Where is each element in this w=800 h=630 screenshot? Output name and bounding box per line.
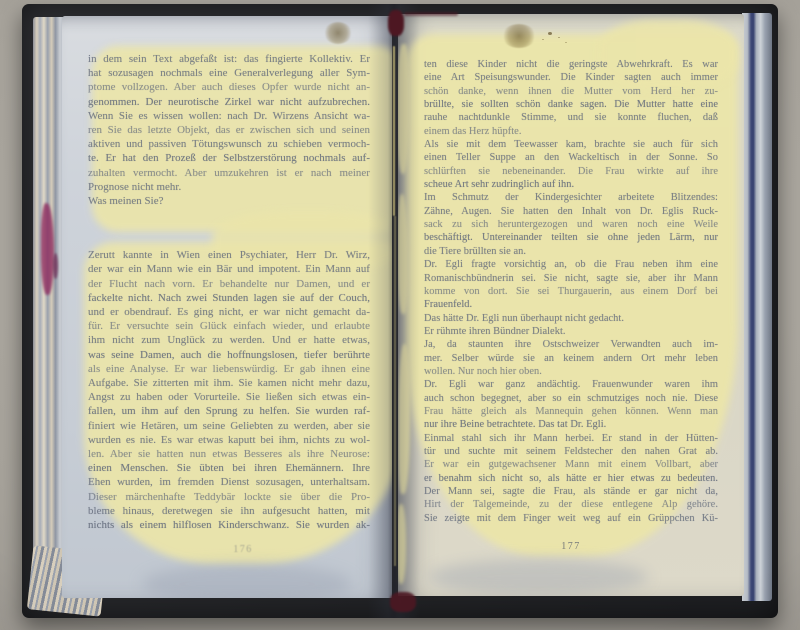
text-line: Einmal stahl sich ihr Mann herbei. Er st…	[424, 432, 718, 445]
left-page: in dem sein Text abgefaßt ist: das fingi…	[62, 16, 392, 598]
text-line: aktiven und passiven Tötungswunsch zu sc…	[88, 137, 370, 151]
text-line: Romanischbündnerin sei. Sie nicht, sagte…	[424, 272, 718, 285]
text-line: wollen. Nur noch hier oben.	[424, 365, 718, 378]
right-page-edges	[742, 13, 772, 601]
stain-spot	[324, 22, 352, 44]
text-line: er benahm sich nicht so, als hätte er hi…	[424, 472, 718, 485]
text-line: scheue Art sehr zudringlich auf ihn.	[424, 178, 718, 191]
text-line: schlürften sie nebeneinander. Die Frau w…	[424, 165, 718, 178]
text-line: rauhe nachtdunkle Stimme, und sie konnte…	[424, 111, 718, 124]
stain-spot	[502, 24, 536, 48]
text-line: Er rühmte ihren Bündner Dialekt.	[424, 325, 718, 338]
text-line: für. Er versuchte sein Glück einfach wie…	[88, 319, 370, 333]
paragraph: Dr. Egli war ganz andächtig. Frauenwunde…	[424, 378, 718, 431]
text-line: mer. Selber würde sie an keinem andern O…	[424, 352, 718, 365]
text-line: schön danke, wenn ihnen die Mutter vom H…	[424, 85, 718, 98]
text-line: Hirt der Talgemeinde, zu der diese entle…	[424, 498, 718, 511]
text-line: als eine Analyse. Er war liebenswürdig. …	[88, 362, 370, 376]
text-line: Der Mann sei, sagte die Frau, als stände…	[424, 485, 718, 498]
text-line: Im Schmutz der Kindergesichter arbeitete…	[424, 191, 718, 204]
text-line: Ja, da staunten ihre Ostschweizer Verwan…	[424, 338, 718, 351]
text-line: Das hätte Dr. Egli nun überhaupt nicht g…	[424, 312, 718, 325]
binding-thread	[394, 216, 396, 566]
spine-glimpse-top-strip	[404, 12, 458, 16]
text-line: len. Aber sie hatten nun etwas Besseres …	[88, 447, 370, 461]
photo-background: in dem sein Text abgefaßt ist: das fingi…	[0, 0, 800, 630]
gray-smudge	[428, 559, 648, 595]
text-line: einen Teller Suppe an den Wackeltisch in…	[424, 151, 718, 164]
text-line: nichts als einem hilflosen Kinderschwanz…	[88, 518, 370, 532]
paragraph: Als sie mit dem Teewasser kam, brachte s…	[424, 138, 718, 191]
text-line: komme von dort. Sie sei Thurgauerin, aus…	[424, 285, 718, 298]
text-line: Dr. Egli war ganz andächtig. Frauenwunde…	[424, 378, 718, 391]
torn-paper-edge	[398, 344, 410, 494]
left-page-edges	[33, 17, 65, 605]
text-line: sack zu sich heruntergezogen und waren n…	[424, 218, 718, 231]
magenta-paint-streak	[41, 203, 54, 295]
torn-paper-edge	[398, 194, 408, 314]
text-line: Zerutt kannte in Wien einen Psychiater, …	[88, 248, 370, 262]
right-page: ten diese Kinder nicht die geringste Abw…	[398, 14, 744, 596]
paragraph: Im Schmutz der Kindergesichter arbeitete…	[424, 191, 718, 258]
magenta-paint-dot	[53, 253, 58, 279]
text-line: Was meinen Sie?	[88, 194, 370, 208]
right-page-text: ten diese Kinder nicht die geringste Abw…	[424, 58, 718, 525]
paragraph: Er rühmte ihren Bündner Dialekt.	[424, 325, 718, 338]
left-page-text: in dem sein Text abgefaßt ist: das fingi…	[88, 52, 370, 532]
text-line: eine Art Speisungswunder. Die Kinder sag…	[424, 71, 718, 84]
text-line: Dieser märchenhafte Teddybär lockte sie …	[88, 490, 370, 504]
paragraph: Ja, da staunten ihre Ostschweizer Verwan…	[424, 338, 718, 378]
text-line: zuhalten vermocht. Aber umzukehren ist e…	[88, 166, 370, 180]
left-page-number: 176	[102, 544, 384, 555]
text-line: Zähne, Augen. Sie hatten den Inhalt von …	[424, 205, 718, 218]
paragraph: Was meinen Sie?	[88, 194, 370, 208]
paragraph: Dr. Egli fragte vorsichtig an, ob die Fr…	[424, 258, 718, 311]
paragraph: Einmal stahl sich ihr Mann herbei. Er st…	[424, 432, 718, 525]
text-line: wurden es nie. Es war etwas kaputt bei i…	[88, 433, 370, 447]
text-line: Prognose nicht mehr.	[88, 180, 370, 194]
text-line: fallen, um ihm auf den Sprung zu helfen.…	[88, 404, 370, 418]
spine-glimpse-top	[388, 10, 404, 36]
text-line: tür und suchte mit seinem Feldstecher de…	[424, 445, 718, 458]
text-line: in dem sein Text abgefaßt ist: das fingi…	[88, 52, 370, 66]
text-line: der war ein Mann wie ein Bär und impoten…	[88, 262, 370, 276]
paragraph: in dem sein Text abgefaßt ist: das fingi…	[88, 52, 370, 194]
torn-paper-edge	[398, 44, 409, 174]
text-line: Dr. Egli fragte vorsichtig an, ob die Fr…	[424, 258, 718, 271]
torn-paper-edge	[398, 504, 406, 584]
paragraph: Zerutt kannte in Wien einen Psychiater, …	[88, 248, 370, 532]
text-line: was seine Damen, auch die hoffnungslosen…	[88, 348, 370, 362]
text-line: brüllte, sie sollten schön danke sagen. …	[424, 98, 718, 111]
text-line: ihm nicht zum Unglück zu werden. Und er …	[88, 333, 370, 347]
text-line: genommen. Der neurotische Zirkel war nic…	[88, 95, 370, 109]
text-line: einem das Herz hüpfte.	[424, 125, 718, 138]
spine-glimpse-bottom	[390, 592, 416, 612]
paragraph: ten diese Kinder nicht die geringste Abw…	[424, 58, 718, 138]
text-line: hat sozusagen nochmals eine Generalverle…	[88, 66, 370, 80]
stain-speck	[548, 32, 552, 35]
gray-smudge	[142, 564, 352, 598]
text-line: nur ihre Beine betrachtete. Das tat Dr. …	[424, 418, 718, 431]
binding-thread	[393, 46, 395, 216]
text-line: finiert wie Hetären, um seine Geliebten …	[88, 419, 370, 433]
text-line: beschäftigt. Untereinander teilten sie o…	[424, 231, 718, 244]
text-line: ren Sie das letzte Objekt, das er zwisch…	[88, 123, 370, 137]
text-line: ten diese Kinder nicht die geringste Abw…	[424, 58, 718, 71]
text-line: Sie zeigte mit dem Finger weit weg auf e…	[424, 512, 718, 525]
text-line: und er obendrauf. Es ging nicht, er war …	[88, 305, 370, 319]
text-line: Angst zu haben oder Vorurteile. Sie ließ…	[88, 390, 370, 404]
paragraph: Das hätte Dr. Egli nun überhaupt nicht g…	[424, 312, 718, 325]
text-line: Frau hätte gleich als Mannequin gehen kö…	[424, 405, 718, 418]
text-line: auch schon begegnet, aber so ein schmutz…	[424, 392, 718, 405]
text-line: Wenn Sie es wissen wollen: nach Dr. Wirz…	[88, 109, 370, 123]
text-line: Er war ein gutgewachsener Mann mit einem…	[424, 458, 718, 471]
text-line: Als sie mit dem Teewasser kam, brachte s…	[424, 138, 718, 151]
text-line: einen Menschen. Sie übten bei ihren Ehem…	[88, 461, 370, 475]
text-line: bleme hinaus, deretwegen sie ihn aufgesu…	[88, 504, 370, 518]
text-line: der Flucht nach vorn. Er behandelte nur …	[88, 277, 370, 291]
right-page-number: 177	[424, 541, 718, 552]
book: in dem sein Text abgefaßt ist: das fingi…	[22, 4, 778, 618]
text-line: ptome vollzogen. Aber auch dieses Opfer …	[88, 80, 370, 94]
text-line: Aufgabe. Sie zitterten mit ihm. Sie kame…	[88, 376, 370, 390]
text-line: te. Er hat den Prozeß der Selbstzerstöru…	[88, 151, 370, 165]
text-line: die Tiere brüllten sie an.	[424, 245, 718, 258]
text-line: Ehen wurden, im fremden Dienst sozusagen…	[88, 475, 370, 489]
text-line: fackelte nicht. Nach zwei Stunden lagen …	[88, 291, 370, 305]
text-line: Frauenfeld.	[424, 298, 718, 311]
